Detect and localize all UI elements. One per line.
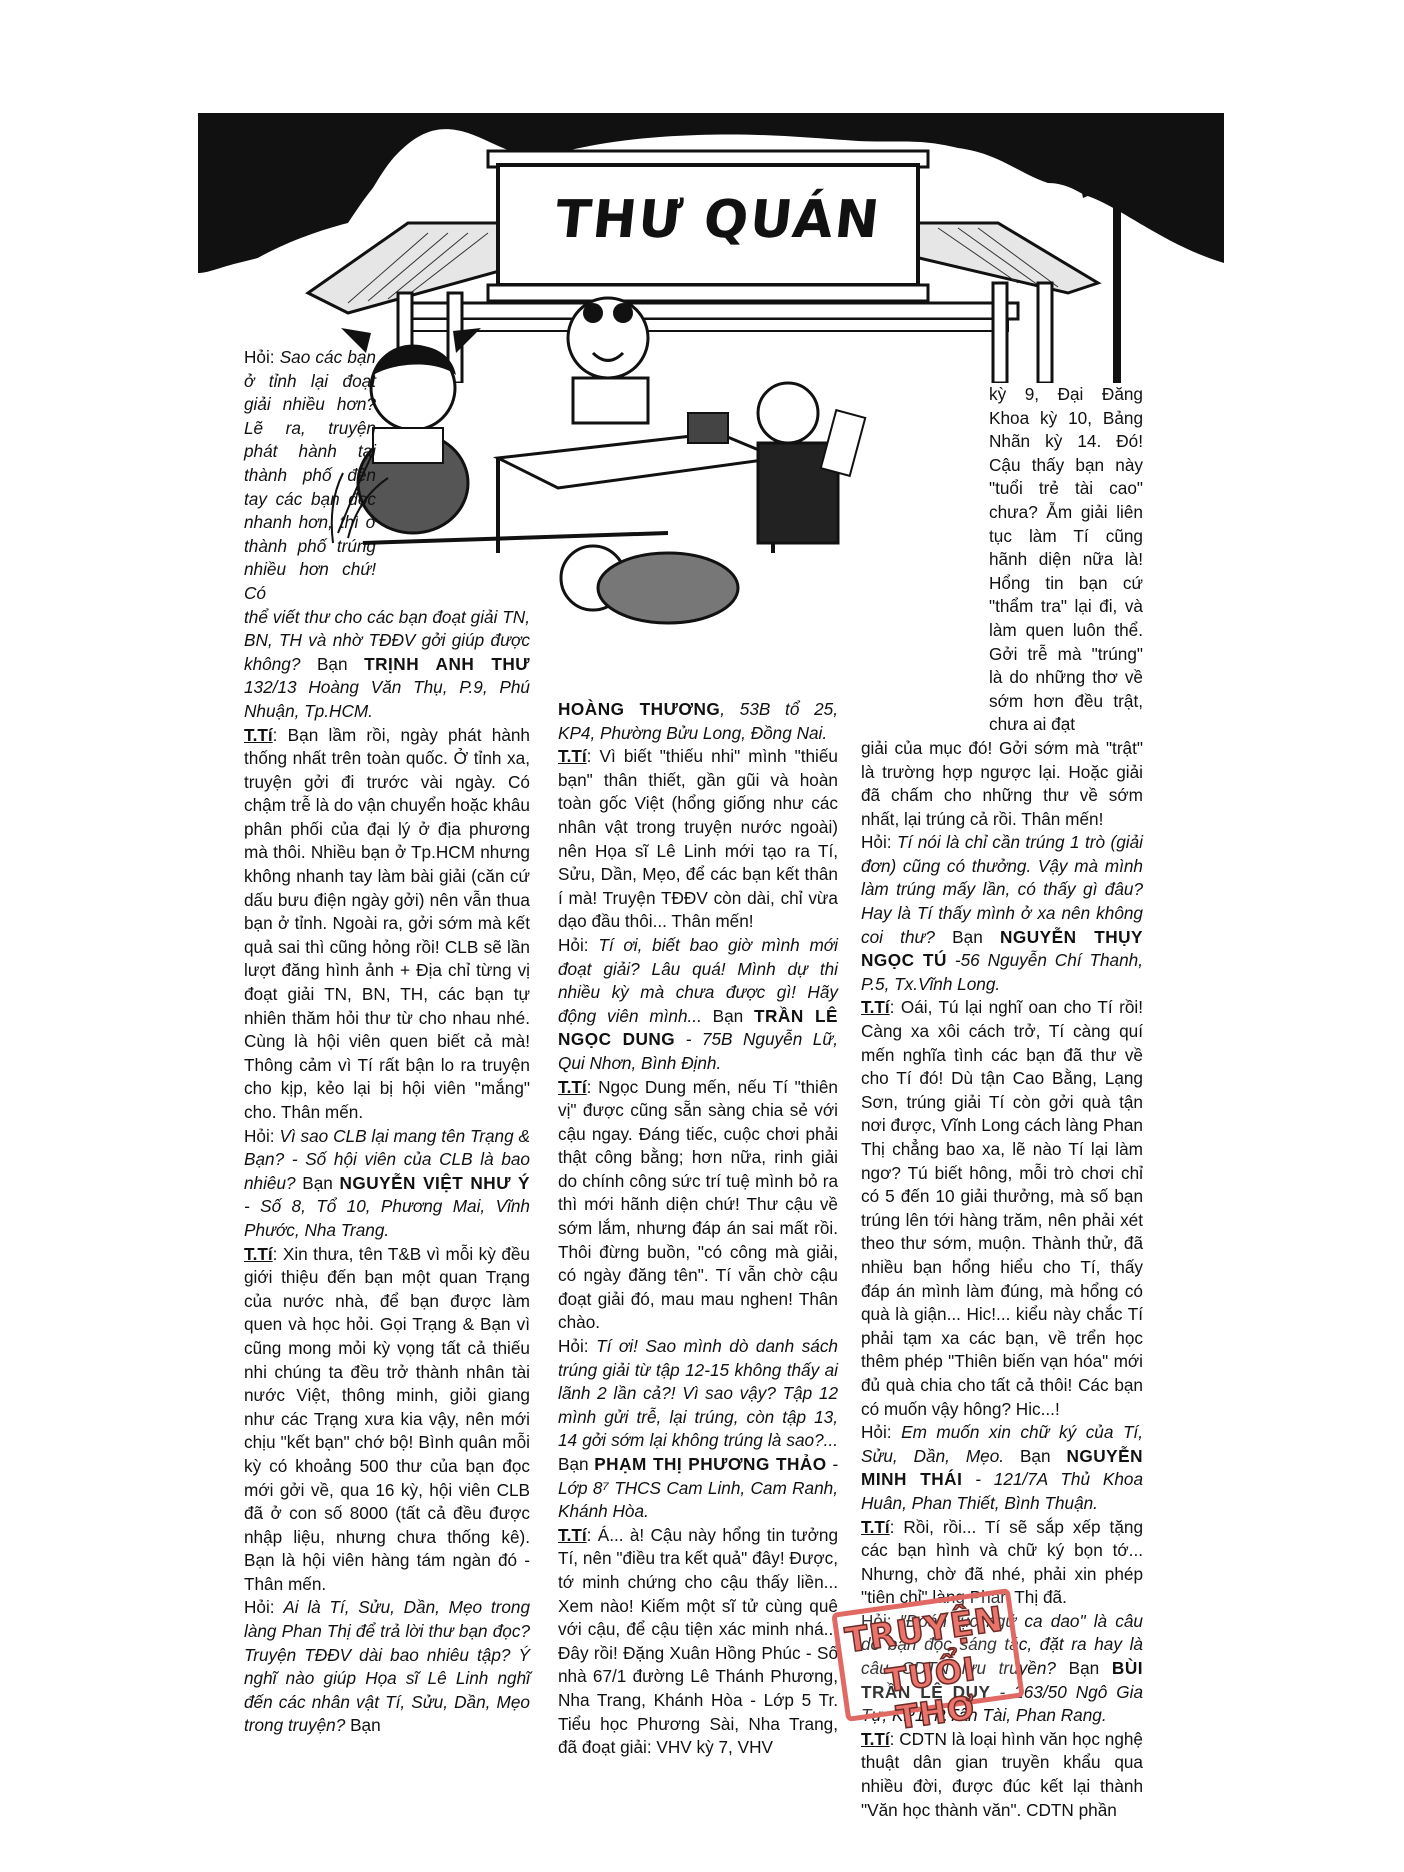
- answer-label: T.Tí: [861, 1517, 890, 1537]
- ban-label: Bạn: [713, 1006, 744, 1026]
- answer-3: T.Tí: Vì biết "thiếu nhi" mình "thiếu bạ…: [558, 745, 838, 934]
- question-label: Hỏi:: [244, 1126, 275, 1146]
- question-text: Tí ơi! Sao mình dò danh sách trúng giải …: [558, 1336, 838, 1450]
- question-3: Hỏi: Ai là Tí, Sửu, Dần, Mẹo trong làng …: [244, 1596, 530, 1738]
- answer-label: T.Tí: [861, 997, 890, 1017]
- reader-address: 132/13 Hoàng Văn Thụ, P.9, Phú Nhuận, Tp…: [244, 677, 530, 721]
- answer-5: T.Tí: Á... à! Cậu này hổng tin tưởng Tí,…: [558, 1524, 838, 1760]
- answer-text: : Oái, Tú lại nghĩ oan cho Tí rồi! Càng …: [861, 997, 1143, 1418]
- ban-label: Bạn: [302, 1173, 333, 1193]
- question-label: Hỏi:: [558, 1336, 589, 1356]
- reader-address: - Số 8, Tổ 10, Phương Mai, Vĩnh Phước, N…: [244, 1196, 530, 1240]
- answer-text: : Á... à! Cậu này hổng tin tưởng Tí, nên…: [558, 1525, 838, 1757]
- question-label: Hỏi:: [244, 1597, 275, 1617]
- question-3-continued: HOÀNG THƯƠNG, 53B tổ 25, KP4, Phường Bửu…: [558, 698, 838, 745]
- question-label: Hỏi:: [558, 935, 589, 955]
- question-4: Hỏi: Tí ơi, biết bao giờ mình mới đoạt g…: [558, 934, 838, 1076]
- question-text: Ai là Tí, Sửu, Dần, Mẹo trong làng Phan …: [244, 1597, 530, 1735]
- reader-name: NGUYỄN VIỆT NHƯ Ý: [339, 1173, 530, 1193]
- reader-name: TRỊNH ANH THƯ: [364, 654, 530, 674]
- answer-text: : Vì biết "thiếu nhi" mình "thiếu bạn" t…: [558, 746, 838, 931]
- answer-text: : Xin thưa, tên T&B vì mỗi kỳ đều giới t…: [244, 1244, 530, 1594]
- question-6: Hỏi: Tí nói là chỉ cần trúng 1 trò (giải…: [861, 831, 1143, 996]
- question-1: Hỏi: Sao các bạn ở tỉnh lại đoạt giải nh…: [244, 346, 376, 606]
- answer-4: T.Tí: Ngọc Dung mến, nếu Tí "thiên vị" đ…: [558, 1076, 838, 1336]
- question-text: Sao các bạn ở tỉnh lại đoạt giải nhiều h…: [244, 347, 376, 603]
- answer-label: T.Tí: [558, 1077, 587, 1097]
- reader-name: HOÀNG THƯƠNG: [558, 699, 720, 719]
- answer-1: T.Tí: Bạn lầm rồi, ngày phát hành thống …: [244, 724, 530, 1125]
- ban-label: Bạn: [317, 654, 348, 674]
- question-2: Hỏi: Vì sao CLB lại mang tên Trạng & Bạn…: [244, 1125, 530, 1243]
- answer-label: T.Tí: [244, 725, 273, 745]
- answer-label: T.Tí: [244, 1244, 273, 1264]
- answer-label: T.Tí: [558, 746, 587, 766]
- answer-2: T.Tí: Xin thưa, tên T&B vì mỗi kỳ đều gi…: [244, 1243, 530, 1597]
- question-label: Hỏi:: [861, 832, 892, 852]
- question-7: Hỏi: Em muốn xin chữ ký của Tí, Sửu, Dần…: [861, 1421, 1143, 1515]
- answer-text: : CDTN là loại hình văn học nghệ thuật d…: [861, 1729, 1143, 1820]
- ban-label: Bạn: [558, 1454, 589, 1474]
- answer-8: T.Tí: CDTN là loại hình văn học nghệ thu…: [861, 1728, 1143, 1822]
- magazine-page: THƯ QUÁN Hỏi: Sao các: [198, 113, 1224, 1793]
- reader-name: PHẠM THỊ PHƯƠNG THẢO: [594, 1454, 826, 1474]
- ban-label: Bạn: [952, 927, 983, 947]
- answer-6: T.Tí: Oái, Tú lại nghĩ oan cho Tí rồi! C…: [861, 996, 1143, 1421]
- ban-label: Bạn: [1020, 1446, 1051, 1466]
- ban-label: Bạn: [350, 1715, 381, 1735]
- answer-text: : Ngọc Dung mến, nếu Tí "thiên vị" được …: [558, 1077, 838, 1333]
- ban-label: Bạn: [1069, 1658, 1100, 1678]
- question-5: Hỏi: Tí ơi! Sao mình dò danh sách trúng …: [558, 1335, 838, 1524]
- question-label: Hỏi:: [861, 1422, 892, 1442]
- question-label: Hỏi:: [244, 347, 275, 367]
- answer-label: T.Tí: [558, 1525, 587, 1545]
- truyen-tuoi-tho-watermark: TRUYỆN TUỔI THƠ: [831, 1588, 1025, 1722]
- answer-text: : Bạn lầm rồi, ngày phát hành thống nhất…: [244, 725, 530, 1123]
- answer-5-continued: kỳ 9, Đại Đăng Khoa kỳ 10, Bảng Nhãn kỳ …: [989, 383, 1143, 737]
- answer-5-continued-rest: giải của mục đó! Gởi sớm mà "trật" là tr…: [861, 737, 1143, 831]
- column-1: Hỏi: Sao các bạn ở tỉnh lại đoạt giải nh…: [244, 346, 530, 1738]
- question-1-continued: thể viết thư cho các bạn đoạt giải TN, B…: [244, 606, 530, 724]
- column-2: HOÀNG THƯƠNG, 53B tổ 25, KP4, Phường Bửu…: [558, 698, 838, 1760]
